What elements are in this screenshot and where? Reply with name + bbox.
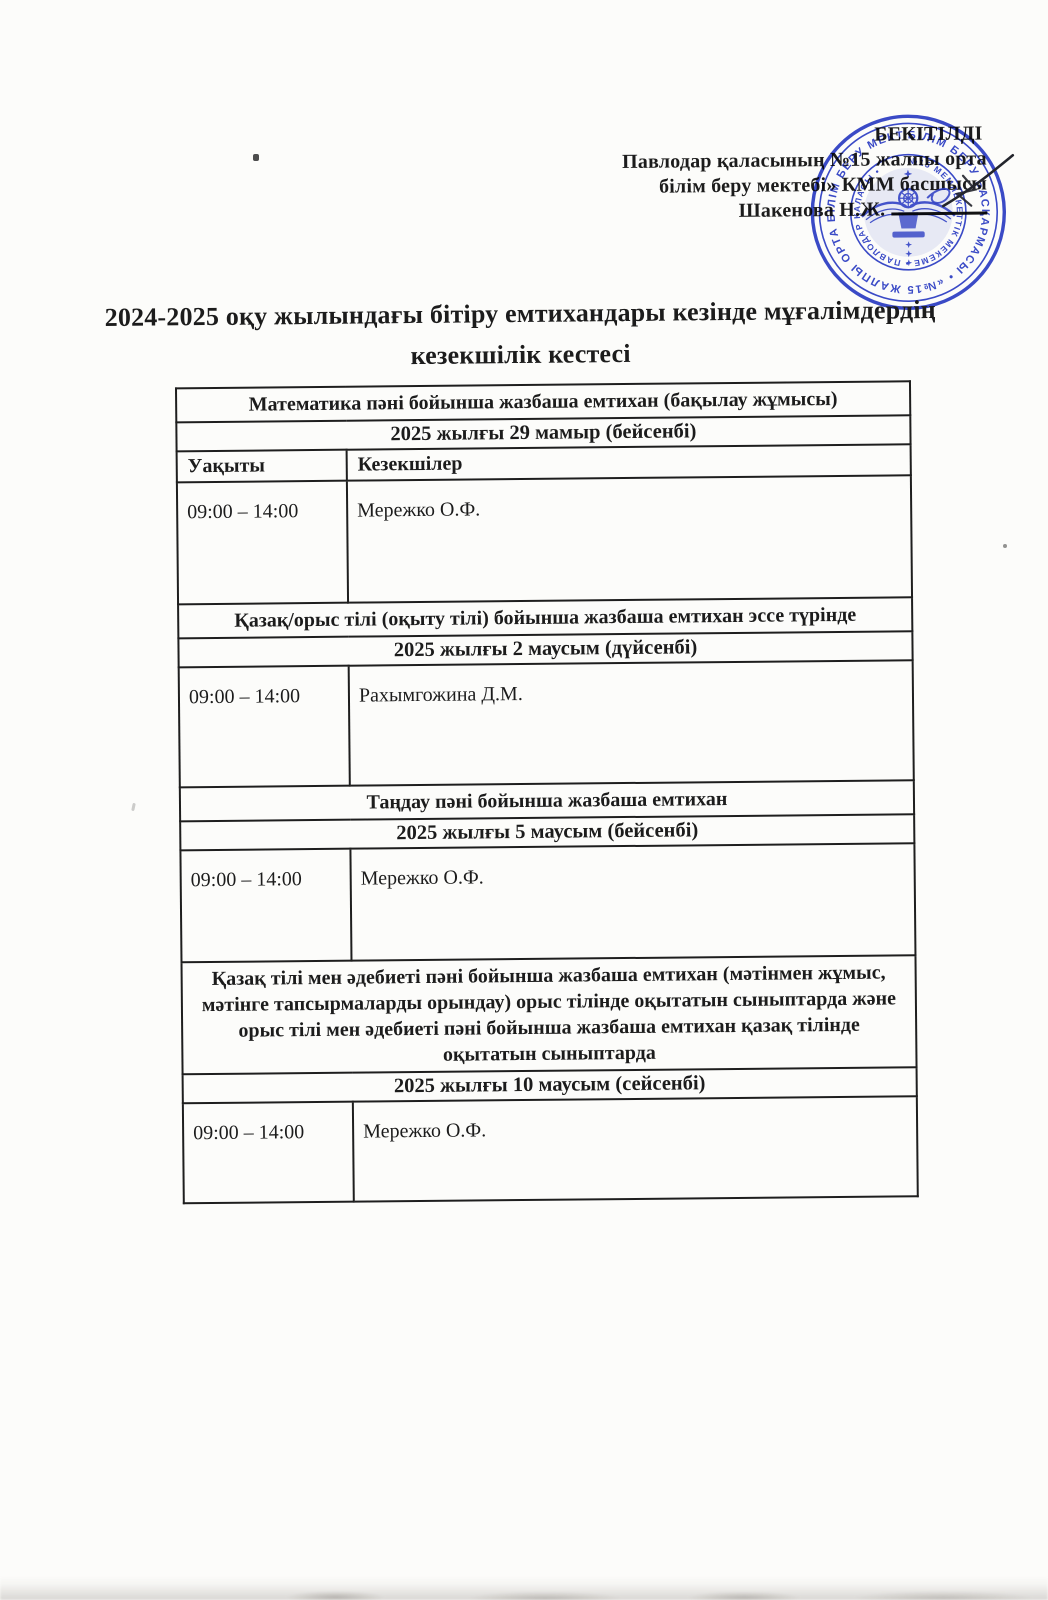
column-header-time: Уақыты [177, 450, 347, 483]
signature-stroke [867, 147, 1018, 220]
section-1-time: 09:00 – 14:00 [177, 481, 348, 605]
scan-speck [1003, 544, 1007, 548]
document-content: БЕКІТІЛДІ Павлодар қаласының №15 жалпы о… [0, 0, 1048, 1600]
section-1-duty-teacher: Мережко О.Ф. [347, 475, 912, 602]
document-title: 2024-2025 оқу жылындағы бітіру емтиханда… [20, 288, 1021, 380]
section-3-time: 09:00 – 14:00 [180, 849, 351, 963]
scanned-document-page: БЕКІТІЛДІ Павлодар қаласының №15 жалпы о… [0, 0, 1048, 1600]
section-2-time: 09:00 – 14:00 [179, 666, 350, 788]
section-3-duty-teacher: Мережко О.Ф. [350, 843, 915, 960]
duty-schedule-table: Математика пәні бойынша жазбаша емтихан … [175, 380, 919, 1204]
section-4-duty-teacher: Мережко О.Ф. [353, 1096, 918, 1201]
section-1-data-row: 09:00 – 14:00 Мережко О.Ф. [177, 475, 912, 604]
scan-edge-shadow [0, 1576, 1048, 1600]
section-4-title-row: Қазақ тілі мен әдебиеті пәні бойынша жаз… [182, 955, 917, 1074]
section-3-data-row: 09:00 – 14:00 Мережко О.Ф. [180, 843, 915, 962]
section-4-time: 09:00 – 14:00 [183, 1102, 354, 1204]
section-4-title: Қазақ тілі мен әдебиеті пәні бойынша жаз… [182, 955, 917, 1074]
section-2-duty-teacher: Рахымгожина Д.М. [349, 660, 914, 785]
section-2-data-row: 09:00 – 14:00 Рахымгожина Д.М. [179, 660, 914, 787]
section-4-data-row: 09:00 – 14:00 Мережко О.Ф. [183, 1096, 918, 1203]
scan-speck [253, 154, 259, 161]
